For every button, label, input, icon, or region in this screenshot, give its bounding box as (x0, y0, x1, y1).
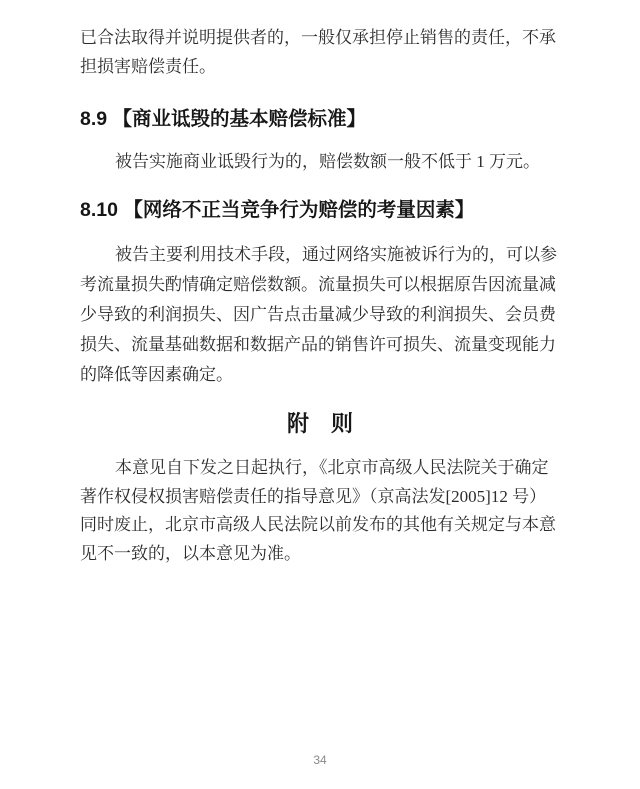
paragraph-8-9: 被告实施商业诋毁行为的，赔偿数额一般不低于 1 万元。 (80, 147, 560, 176)
document-page: 已合法取得并说明提供者的，一般仅承担停止销售的责任，不承 担损害赔偿责任。 8.… (0, 0, 640, 789)
text-line: 损失、流量基础数据和数据产品的销售许可损失、流量变现能力 (80, 330, 560, 360)
text-line: 见不一致的，以本意见为准。 (80, 540, 560, 569)
section-heading-8-10: 8.10 【网络不正当竞争行为赔偿的考量因素】 (80, 194, 560, 222)
text-line: 的降低等因素确定。 (80, 360, 560, 390)
page-number: 34 (0, 753, 640, 767)
text-line: 担损害赔偿责任。 (80, 52, 560, 81)
appendix-heading: 附 则 (80, 407, 560, 438)
paragraph-8-10: 被告主要利用技术手段，通过网络实施被诉行为的，可以参 考流量损失酌情确定赔偿数额… (80, 240, 560, 390)
paragraph-appendix: 本意见自下发之日起执行，《北京市高级人民法院关于确定 著作权侵权损害赔偿责任的指… (80, 454, 560, 568)
text-line: 少导致的利润损失、因广告点击量减少导致的利润损失、会员费 (80, 300, 560, 330)
section-heading-8-9: 8.9 【商业诋毁的基本赔偿标准】 (80, 103, 560, 131)
text-line: 已合法取得并说明提供者的，一般仅承担停止销售的责任，不承 (80, 23, 560, 52)
text-line: 同时废止，北京市高级人民法院以前发布的其他有关规定与本意 (80, 511, 560, 540)
text-line: 被告主要利用技术手段，通过网络实施被诉行为的，可以参 (80, 240, 560, 270)
text-line: 本意见自下发之日起执行，《北京市高级人民法院关于确定 (80, 454, 560, 483)
text-line: 被告实施商业诋毁行为的，赔偿数额一般不低于 1 万元。 (80, 147, 560, 176)
text-line: 著作权侵权损害赔偿责任的指导意见》（京高法发[2005]12 号） (80, 483, 560, 512)
paragraph-continuation: 已合法取得并说明提供者的，一般仅承担停止销售的责任，不承 担损害赔偿责任。 (80, 23, 560, 81)
text-line: 考流量损失酌情确定赔偿数额。流量损失可以根据原告因流量减 (80, 270, 560, 300)
